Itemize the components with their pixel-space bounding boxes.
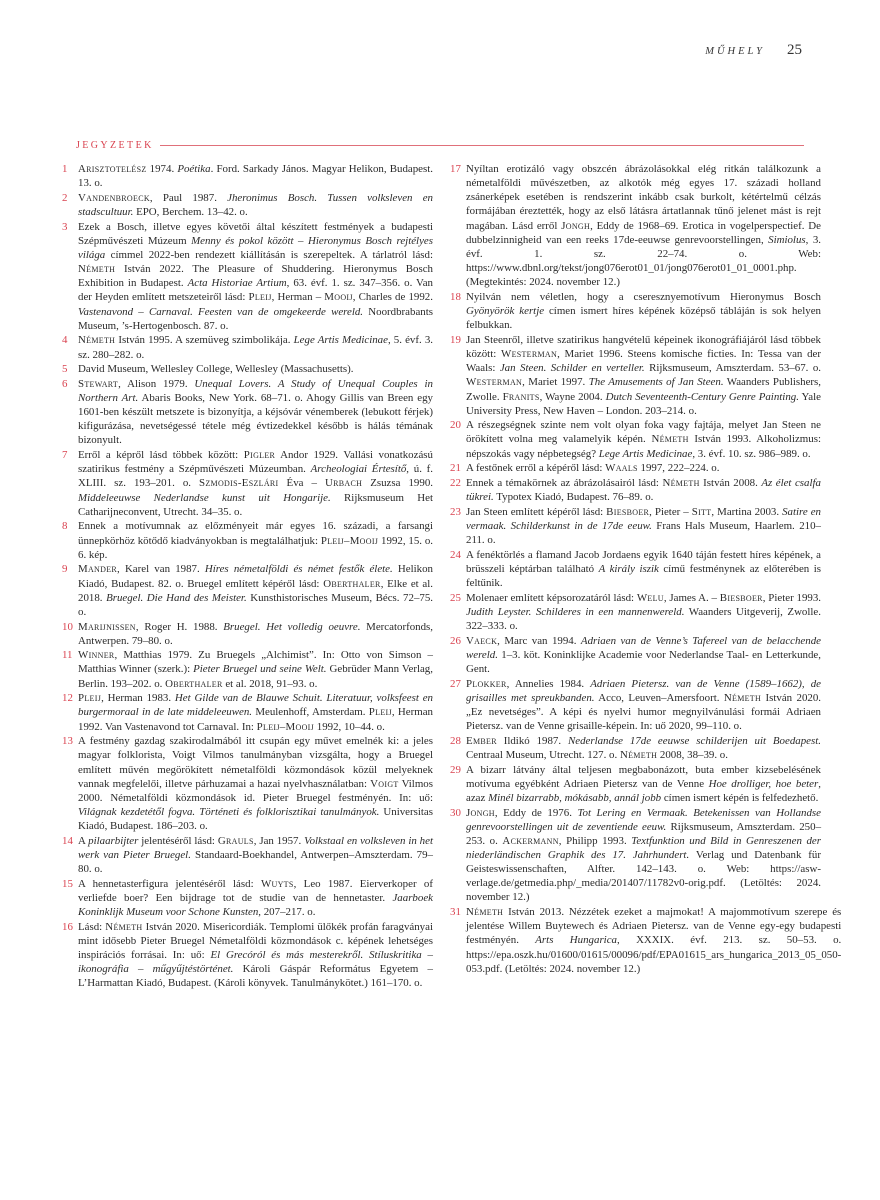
footnote: 20A részegségnek szinte nem volt olyan f… xyxy=(450,418,821,460)
footnote-number: 15 xyxy=(62,877,78,919)
footnote: 26Vaeck, Marc van 1994. Adriaen van de V… xyxy=(450,634,821,676)
footnote: 6Stewart, Alison 1979. Unequal Lovers. A… xyxy=(62,377,433,448)
footnote-number: 18 xyxy=(450,290,466,332)
footnote-text: Ember Ildikó 1987. Nederlandse 17de eeuw… xyxy=(466,734,821,762)
footnote-number: 16 xyxy=(62,920,78,991)
footnote-text: A festmény gazdag szakirodalmából itt cs… xyxy=(78,734,433,833)
footnote: 16Lásd: Németh István 2020. Misericordiá… xyxy=(62,920,433,991)
footnote-text: A hennetasterfigura jelentéséről lásd: W… xyxy=(78,877,433,919)
footnote: 7Erről a képről lásd többek között: Pigl… xyxy=(62,448,433,519)
footnote-text: Erről a képről lásd többek között: Pigle… xyxy=(78,448,433,519)
footnote: 23Jan Steen említett képéről lásd: Biesb… xyxy=(450,505,821,547)
notes-columns: 1Arisztotelész 1974. Poétika. Ford. Sark… xyxy=(62,162,822,991)
footnote: 2Vandenbroeck, Paul 1987. Jheronimus Bos… xyxy=(62,191,433,219)
footnote-number: 20 xyxy=(450,418,466,460)
footnote-text: Vandenbroeck, Paul 1987. Jheronimus Bosc… xyxy=(78,191,433,219)
footnote-number: 5 xyxy=(62,362,78,376)
footnote: 29A bizarr látvány által teljesen megbab… xyxy=(450,763,821,805)
footnote-text: Ennek a motívumnak az előzményeit már eg… xyxy=(78,519,433,561)
footnote: 28Ember Ildikó 1987. Nederlandse 17de ee… xyxy=(450,734,821,762)
footnote-number: 27 xyxy=(450,677,466,734)
footnote-number: 23 xyxy=(450,505,466,547)
footnote-text: Ennek a témakörnek az ábrázolásairól lás… xyxy=(466,476,821,504)
footnote-text: Lásd: Németh István 2020. Misericordiák.… xyxy=(78,920,433,991)
footnote-text: Ezek a Bosch, illetve egyes követői álta… xyxy=(78,220,433,333)
footnote: 11Winner, Matthias 1979. Zu Bruegels „Al… xyxy=(62,648,433,690)
footnote: 3Ezek a Bosch, illetve egyes követői ált… xyxy=(62,220,433,333)
footnote-text: Pleij, Herman 1983. Het Gilde van de Bla… xyxy=(78,691,433,733)
footnote-number: 31 xyxy=(450,905,466,976)
footnote: 18Nyilván nem véletlen, hogy a csereszny… xyxy=(450,290,821,332)
footnote-text: Nyíltan erotizáló vagy obszcén ábrázolás… xyxy=(466,162,821,289)
footnote-number: 8 xyxy=(62,519,78,561)
heading-rule xyxy=(160,145,804,146)
notes-column-left: 1Arisztotelész 1974. Poétika. Ford. Sark… xyxy=(62,162,433,991)
footnote: 31Németh István 2013. Nézzétek ezeket a … xyxy=(450,905,821,976)
footnote-number: 1 xyxy=(62,162,78,190)
footnote-text: David Museum, Wellesley College, Wellesl… xyxy=(78,362,433,376)
footnote-number: 28 xyxy=(450,734,466,762)
notes-heading: Jegyzetek xyxy=(76,140,804,151)
footnote-number: 7 xyxy=(62,448,78,519)
footnote-text: A bizarr látvány által teljesen megbabon… xyxy=(466,763,821,805)
footnote-text: A pilaarbijter jelentéséről lásd: Grauls… xyxy=(78,834,433,876)
footnote: 14A pilaarbijter jelentéséről lásd: Grau… xyxy=(62,834,433,876)
footnote: 17Nyíltan erotizáló vagy obszcén ábrázol… xyxy=(450,162,821,289)
footnote-number: 29 xyxy=(450,763,466,805)
footnote-number: 19 xyxy=(450,333,466,418)
page-number: 25 xyxy=(787,42,802,59)
footnote-number: 3 xyxy=(62,220,78,333)
footnote-number: 24 xyxy=(450,548,466,590)
footnote: 19Jan Steenről, illetve szatirikus hangv… xyxy=(450,333,821,418)
footnote-text: Plokker, Annelies 1984. Adriaen Pietersz… xyxy=(466,677,821,734)
footnote-number: 6 xyxy=(62,377,78,448)
footnote: 10Marijnissen, Roger H. 1988. Bruegel. H… xyxy=(62,620,433,648)
footnote: 24A fenéktörlés a flamand Jacob Jordaens… xyxy=(450,548,821,590)
footnote-number: 25 xyxy=(450,591,466,633)
footnote: 5David Museum, Wellesley College, Welles… xyxy=(62,362,433,376)
footnote-text: Jan Steenről, illetve szatirikus hangvét… xyxy=(466,333,821,418)
footnote-number: 13 xyxy=(62,734,78,833)
footnote: 30Jongh, Eddy de 1976. Tot Lering en Ver… xyxy=(450,806,821,905)
footnote-number: 17 xyxy=(450,162,466,289)
footnote: 12Pleij, Herman 1983. Het Gilde van de B… xyxy=(62,691,433,733)
footnote-number: 21 xyxy=(450,461,466,475)
footnote-text: Winner, Matthias 1979. Zu Bruegels „Alch… xyxy=(78,648,433,690)
footnote-text: Molenaer említett képsorozatáról lásd: W… xyxy=(466,591,821,633)
footnote-number: 2 xyxy=(62,191,78,219)
footnote: 9Mander, Karel van 1987. Híres németalfö… xyxy=(62,562,433,619)
footnote-text: Nyilván nem véletlen, hogy a cseresznyem… xyxy=(466,290,821,332)
footnote-text: Marijnissen, Roger H. 1988. Bruegel. Het… xyxy=(78,620,433,648)
footnote-text: Németh István 1995. A szemüveg szimbolik… xyxy=(78,333,433,361)
footnote: 1Arisztotelész 1974. Poétika. Ford. Sark… xyxy=(62,162,433,190)
footnote-text: A fenéktörlés a flamand Jacob Jordaens e… xyxy=(466,548,821,590)
footnote-number: 30 xyxy=(450,806,466,905)
footnote-text: A festőnek erről a képéről lásd: Waals 1… xyxy=(466,461,821,475)
footnote-number: 9 xyxy=(62,562,78,619)
footnote-number: 10 xyxy=(62,620,78,648)
section-title: MŰHELY xyxy=(705,46,765,57)
footnote-text: A részegségnek szinte nem volt olyan fok… xyxy=(466,418,821,460)
footnote: 21A festőnek erről a képéről lásd: Waals… xyxy=(450,461,821,475)
footnote-number: 22 xyxy=(450,476,466,504)
footnote-number: 11 xyxy=(62,648,78,690)
footnote: 25Molenaer említett képsorozatáról lásd:… xyxy=(450,591,821,633)
footnote-number: 12 xyxy=(62,691,78,733)
footnote: 22Ennek a témakörnek az ábrázolásairól l… xyxy=(450,476,821,504)
footnote-text: Stewart, Alison 1979. Unequal Lovers. A … xyxy=(78,377,433,448)
footnote-number: 14 xyxy=(62,834,78,876)
footnote-number: 26 xyxy=(450,634,466,676)
footnote: 27Plokker, Annelies 1984. Adriaen Pieter… xyxy=(450,677,821,734)
footnote-text: Németh István 2013. Nézzétek ezeket a ma… xyxy=(466,905,841,976)
notes-column-right: 17Nyíltan erotizáló vagy obszcén ábrázol… xyxy=(450,162,821,991)
footnote-text: Jan Steen említett képéről lásd: Biesboe… xyxy=(466,505,821,547)
footnote-text: Mander, Karel van 1987. Híres németalföl… xyxy=(78,562,433,619)
footnote-text: Jongh, Eddy de 1976. Tot Lering en Verma… xyxy=(466,806,821,905)
running-header: MŰHELY 25 xyxy=(705,42,802,59)
footnote-text: Arisztotelész 1974. Poétika. Ford. Sarka… xyxy=(78,162,433,190)
footnote: 13A festmény gazdag szakirodalmából itt … xyxy=(62,734,433,833)
notes-heading-label: Jegyzetek xyxy=(76,140,154,151)
footnote: 8Ennek a motívumnak az előzményeit már e… xyxy=(62,519,433,561)
footnote-text: Vaeck, Marc van 1994. Adriaen van de Ven… xyxy=(466,634,821,676)
footnote-number: 4 xyxy=(62,333,78,361)
footnote: 15A hennetasterfigura jelentéséről lásd:… xyxy=(62,877,433,919)
footnote: 4Németh István 1995. A szemüveg szimboli… xyxy=(62,333,433,361)
